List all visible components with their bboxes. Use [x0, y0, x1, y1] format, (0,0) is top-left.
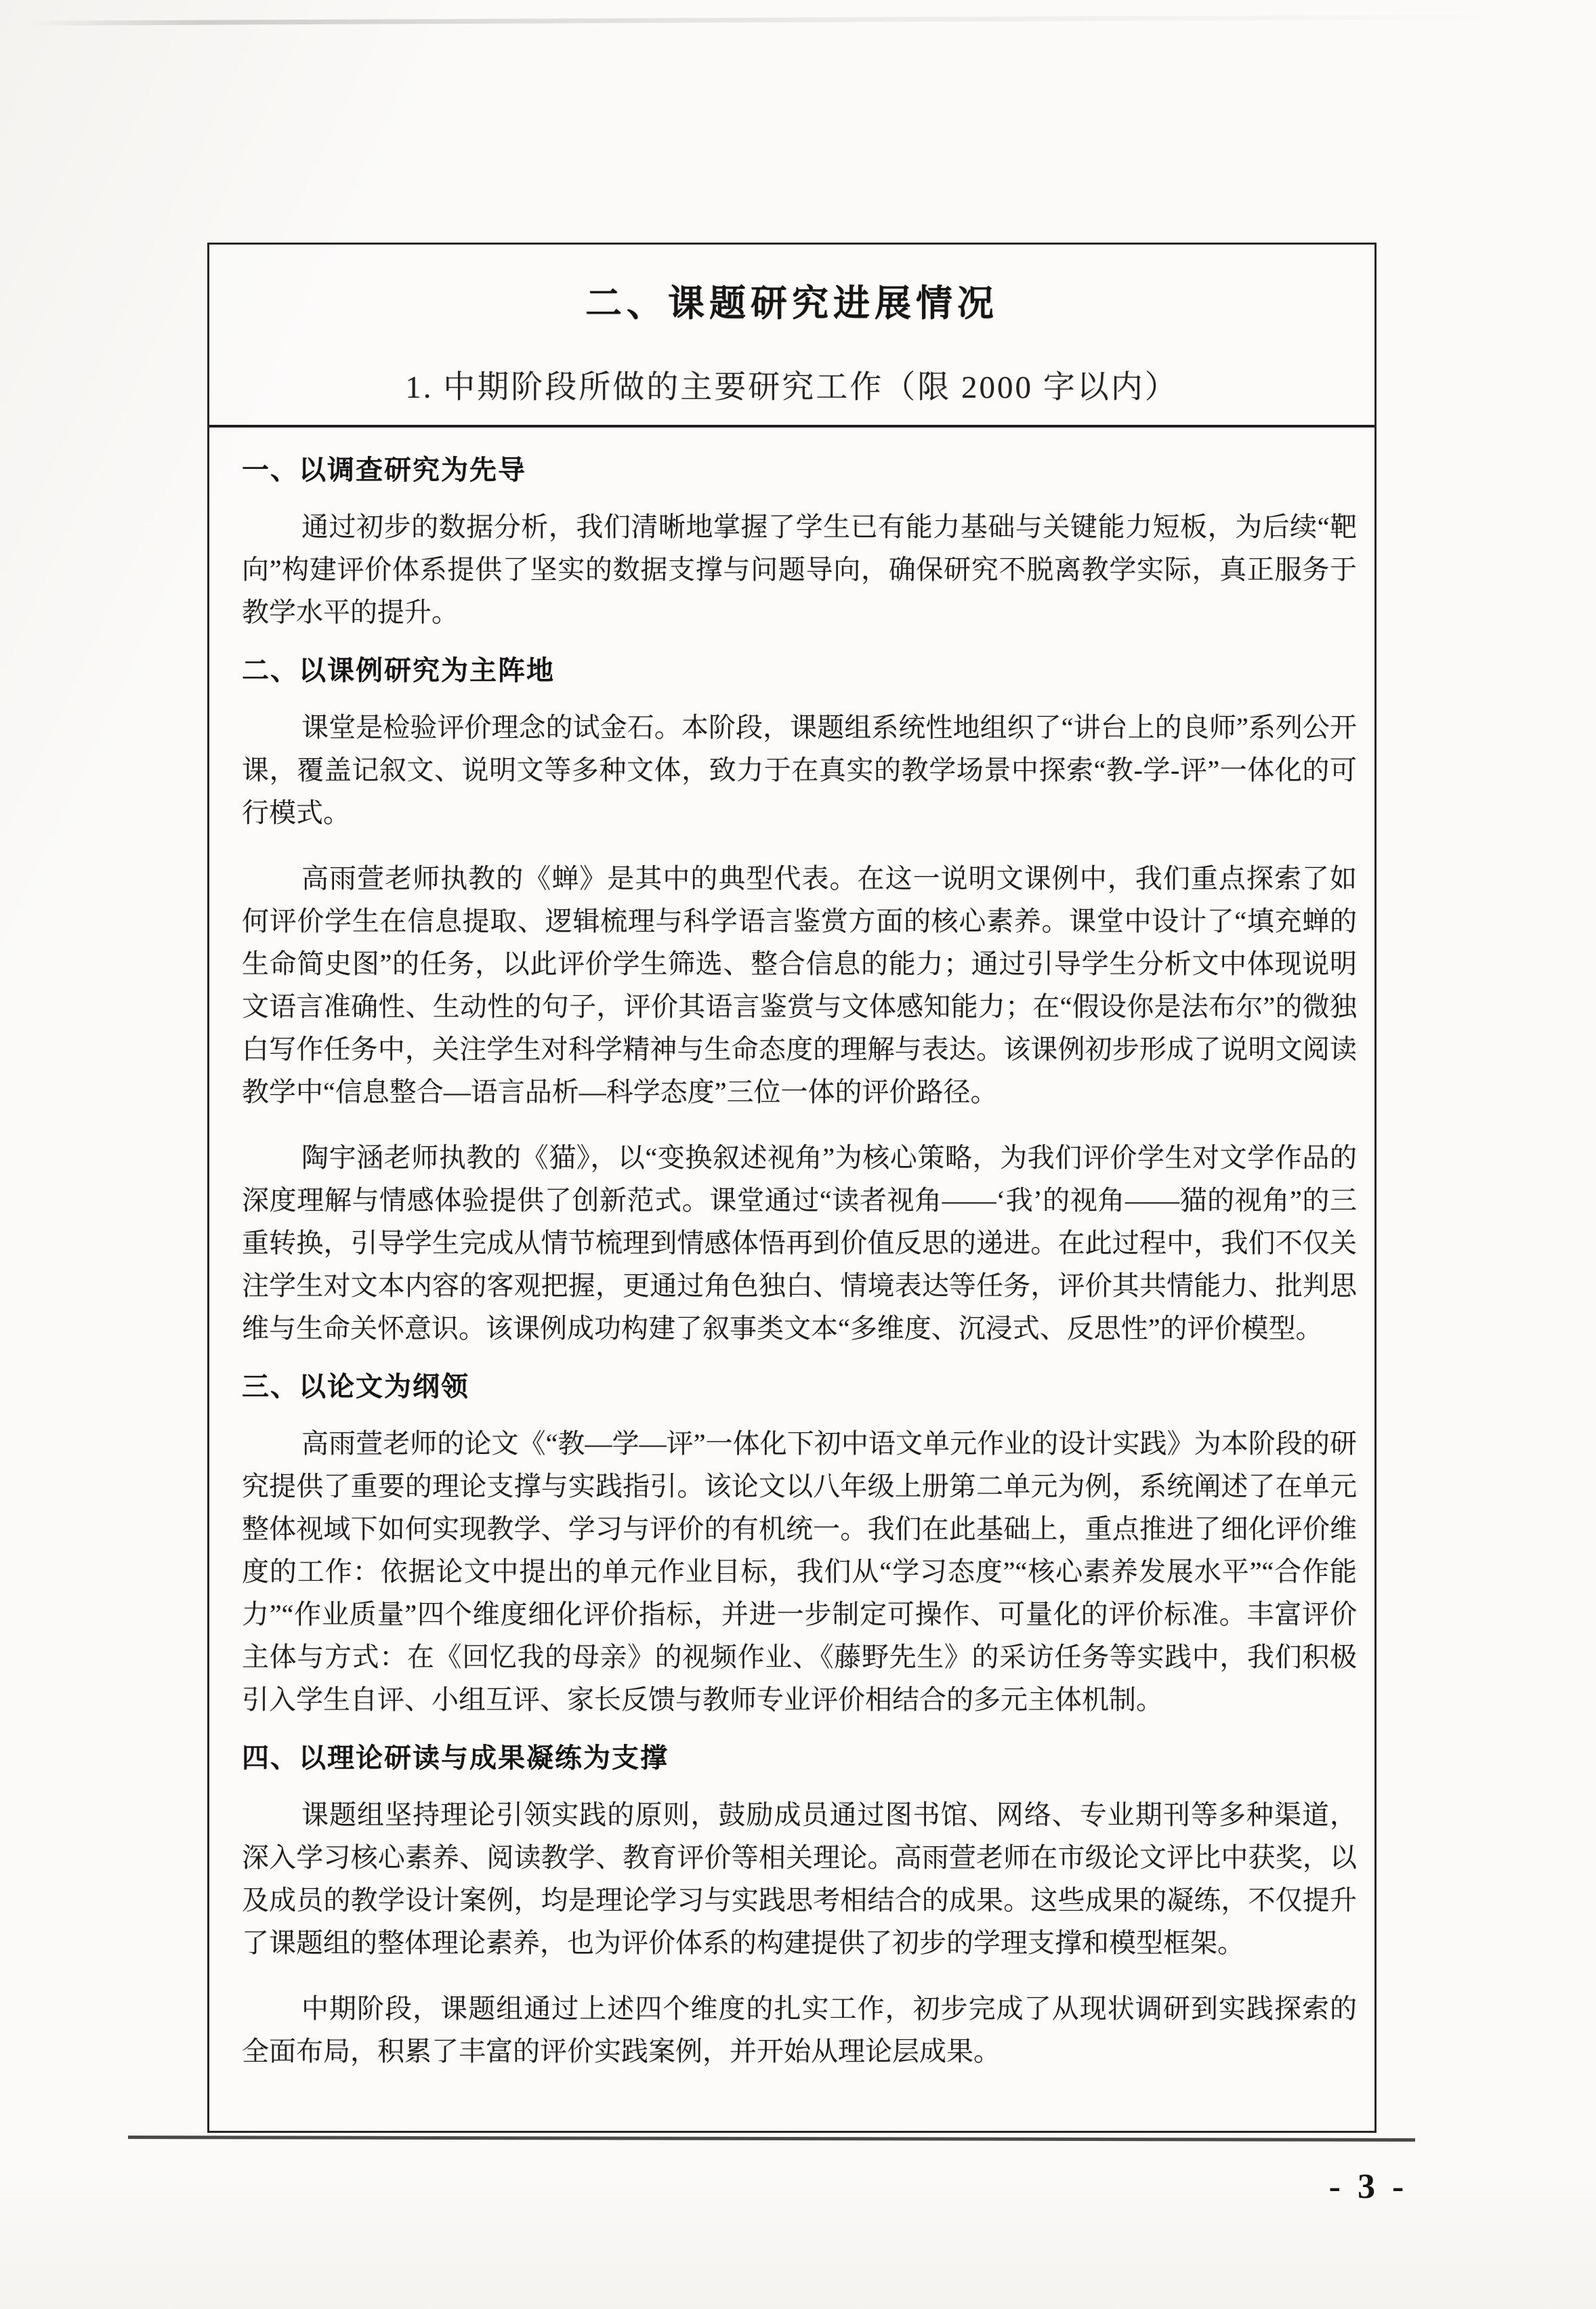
- paragraph-midterm-summary: 中期阶段，课题组通过上述四个维度的扎实工作，初步完成了从现状调研到实践探索的全面…: [242, 1987, 1357, 2073]
- section-heading-survey-research: 一、以调查研究为先导: [242, 449, 1357, 492]
- report-frame: 二、课题研究进展情况 1. 中期阶段所做的主要研究工作（限 2000 字以内） …: [207, 243, 1377, 2133]
- paragraph-theory-study: 课题组坚持理论引领实践的原则，鼓励成员通过图书馆、网络、专业期刊等多种渠道，深入…: [242, 1793, 1357, 1964]
- frame-header: 二、课题研究进展情况 1. 中期阶段所做的主要研究工作（限 2000 字以内）: [209, 245, 1374, 428]
- paragraph-open-classes: 课堂是检验评价理念的试金石。本阶段，课题组系统性地组织了“讲台上的良师”系列公开…: [242, 706, 1357, 834]
- page-number: - 3 -: [1294, 2167, 1443, 2207]
- paragraph-cicada-lesson: 高雨萱老师执教的《蝉》是其中的典型代表。在这一说明文课例中，我们重点探索了如何评…: [242, 857, 1357, 1113]
- section-heading-paper-guideline: 三、以论文为纲领: [242, 1366, 1357, 1409]
- paragraph-cat-lesson: 陶宇涵老师执教的《猫》，以“变换叙述视角”为核心策略，为我们评价学生对文学作品的…: [242, 1136, 1357, 1350]
- paragraph-survey-research: 通过初步的数据分析，我们清晰地掌握了学生已有能力基础与关键能力短板，为后续“靶向…: [242, 505, 1357, 633]
- section-heading-theory-support: 四、以理论研读与成果凝练为支撑: [242, 1737, 1357, 1780]
- page-subtitle: 1. 中期阶段所做的主要研究工作（限 2000 字以内）: [209, 362, 1374, 407]
- section-heading-lesson-study: 二、以课例研究为主阵地: [242, 650, 1357, 692]
- page-title: 二、课题研究进展情况: [209, 274, 1374, 327]
- paragraph-paper-guideline: 高雨萱老师的论文《“教—学—评”一体化下初中语文单元作业的设计实践》为本阶段的研…: [242, 1422, 1357, 1721]
- scan-artifact: [27, 14, 1517, 26]
- frame-body: 一、以调查研究为先导 通过初步的数据分析，我们清晰地掌握了学生已有能力基础与关键…: [209, 428, 1374, 2073]
- scanned-page: 二、课题研究进展情况 1. 中期阶段所做的主要研究工作（限 2000 字以内） …: [0, 0, 1596, 2309]
